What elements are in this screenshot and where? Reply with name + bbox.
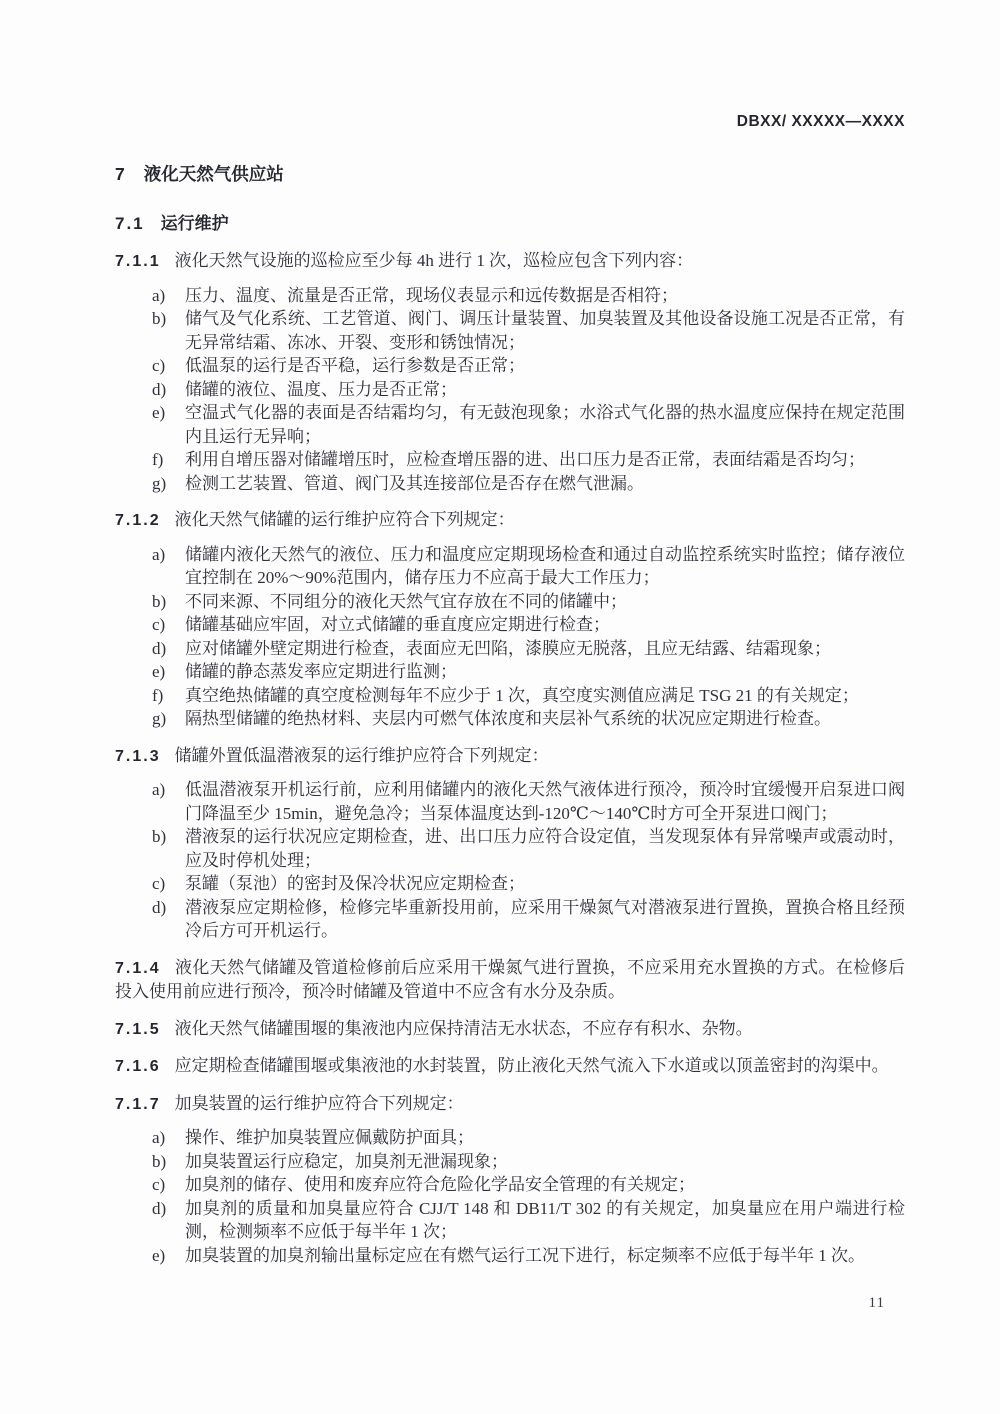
- item-label: d): [152, 1197, 185, 1221]
- list-item: d)潜液泵应定期检修，检修完毕重新投用前，应采用干燥氮气对潜液泵进行置换，置换合…: [152, 896, 905, 943]
- item-label: e): [152, 401, 185, 425]
- clause-text: 应定期检查储罐围堰或集液池的水封装置，防止液化天然气流入下水道或以顶盖密封的沟渠…: [175, 1056, 889, 1075]
- item-text: 空温式气化器的表面是否结霜均匀，有无鼓泡现象；水浴式气化器的热水温度应保持在规定…: [185, 401, 905, 448]
- item-text: 利用自增压器对储罐增压时，应检查增压器的进、出口压力是否正常，表面结霜是否均匀；: [185, 448, 905, 472]
- doc-code: DBXX/ XXXXX—XXXX: [115, 112, 905, 132]
- list-item: e)加臭装置的加臭剂输出量标定应在有燃气运行工况下进行，标定频率不应低于每半年 …: [152, 1244, 905, 1268]
- item-text: 加臭装置的加臭剂输出量标定应在有燃气运行工况下进行，标定频率不应低于每半年 1 …: [185, 1244, 905, 1268]
- list-item: f)真空绝热储罐的真空度检测每年不应少于 1 次，真空度实测值应满足 TSG 2…: [152, 684, 905, 708]
- list-item: b)不同来源、不同组分的液化天然气宜存放在不同的储罐中；: [152, 590, 905, 614]
- item-text: 泵罐（泵池）的密封及保冷状况应定期检查；: [185, 872, 905, 896]
- list-item: c)泵罐（泵池）的密封及保冷状况应定期检查；: [152, 872, 905, 896]
- document-page: DBXX/ XXXXX—XXXX 7液化天然气供应站 7.1运行维护 7.1.1…: [0, 0, 1000, 1414]
- clause-number: 7.1.3: [115, 748, 161, 765]
- item-text: 低温潜液泵开机运行前，应利用储罐内的液化天然气液体进行预冷，预冷时宜缓慢开启泵进…: [185, 778, 905, 825]
- item-label: d): [152, 378, 185, 402]
- clause-number: 7.1.5: [115, 1021, 161, 1038]
- list-item: g)隔热型储罐的绝热材料、夹层内可燃气体浓度和夹层补气系统的状况应定期进行检查。: [152, 707, 905, 731]
- list-item: c)加臭剂的储存、使用和废弃应符合危险化学品安全管理的有关规定；: [152, 1173, 905, 1197]
- section-heading: 7液化天然气供应站: [115, 162, 905, 186]
- item-label: a): [152, 543, 185, 567]
- item-text: 潜液泵的运行状况应定期检查，进、出口压力应符合设定值，当发现泵体有异常噪声或震动…: [185, 825, 905, 872]
- item-text: 隔热型储罐的绝热材料、夹层内可燃气体浓度和夹层补气系统的状况应定期进行检查。: [185, 707, 905, 731]
- item-label: g): [152, 707, 185, 731]
- item-text: 检测工艺装置、管道、阀门及其连接部位是否存在燃气泄漏。: [185, 472, 905, 496]
- clause-text: 储罐外置低温潜液泵的运行维护应符合下列规定：: [175, 746, 549, 765]
- clause-head: 7.1.5液化天然气储罐围堰的集液池内应保持清洁无水状态，不应存有积水、杂物。: [115, 1017, 905, 1042]
- list-item: f)利用自增压器对储罐增压时，应检查增压器的进、出口压力是否正常，表面结霜是否均…: [152, 448, 905, 472]
- list-item: d)应对储罐外壁定期进行检查，表面应无凹陷，漆膜应无脱落，且应无结露、结霜现象；: [152, 637, 905, 661]
- item-text: 加臭剂的质量和加臭量应符合 CJJ/T 148 和 DB11/T 302 的有关…: [185, 1197, 905, 1244]
- clause-head: 7.1.2液化天然气储罐的运行维护应符合下列规定：: [115, 508, 905, 533]
- clause-7-1-1: 7.1.1液化天然气设施的巡检应至少每 4h 进行 1 次，巡检应包含下列内容：…: [115, 249, 905, 495]
- item-text: 储罐基础应牢固，对立式储罐的垂直度应定期进行检查；: [185, 613, 905, 637]
- section-title: 液化天然气供应站: [144, 164, 284, 184]
- list-item: a)操作、维护加臭装置应佩戴防护面具；: [152, 1126, 905, 1150]
- clause-text: 加臭装置的运行维护应符合下列规定：: [175, 1094, 464, 1113]
- list-item: c)储罐基础应牢固，对立式储罐的垂直度应定期进行检查；: [152, 613, 905, 637]
- subsection-heading: 7.1运行维护: [115, 212, 905, 236]
- clause-number: 7.1.4: [115, 960, 161, 977]
- page-content: DBXX/ XXXXX—XXXX 7液化天然气供应站 7.1运行维护 7.1.1…: [115, 112, 905, 1267]
- list-item: a)储罐内液化天然气的液位、压力和温度应定期现场检查和通过自动监控系统实时监控；…: [152, 543, 905, 590]
- list-item: a)低温潜液泵开机运行前，应利用储罐内的液化天然气液体进行预冷，预冷时宜缓慢开启…: [152, 778, 905, 825]
- item-label: a): [152, 778, 185, 802]
- item-text: 加臭剂的储存、使用和废弃应符合危险化学品安全管理的有关规定；: [185, 1173, 905, 1197]
- item-text: 储罐的液位、温度、压力是否正常；: [185, 378, 905, 402]
- list-item: d)储罐的液位、温度、压力是否正常；: [152, 378, 905, 402]
- subsection-number: 7.1: [115, 214, 145, 233]
- clause-number: 7.1.6: [115, 1058, 161, 1075]
- clause-item-list: a)储罐内液化天然气的液位、压力和温度应定期现场检查和通过自动监控系统实时监控；…: [115, 543, 905, 731]
- item-text: 低温泵的运行是否平稳，运行参数是否正常；: [185, 354, 905, 378]
- item-label: f): [152, 448, 185, 472]
- clause-7-1-6: 7.1.6应定期检查储罐围堰或集液池的水封装置，防止液化天然气流入下水道或以顶盖…: [115, 1054, 905, 1079]
- clause-number: 7.1.1: [115, 253, 161, 270]
- item-label: d): [152, 896, 185, 920]
- item-label: c): [152, 354, 185, 378]
- list-item: b)潜液泵的运行状况应定期检查，进、出口压力应符合设定值，当发现泵体有异常噪声或…: [152, 825, 905, 872]
- clause-7-1-7: 7.1.7加臭装置的运行维护应符合下列规定： a)操作、维护加臭装置应佩戴防护面…: [115, 1092, 905, 1268]
- clause-7-1-5: 7.1.5液化天然气储罐围堰的集液池内应保持清洁无水状态，不应存有积水、杂物。: [115, 1017, 905, 1042]
- item-label: e): [152, 660, 185, 684]
- clause-head: 7.1.1液化天然气设施的巡检应至少每 4h 进行 1 次，巡检应包含下列内容：: [115, 249, 905, 274]
- item-label: b): [152, 825, 185, 849]
- section-number: 7: [115, 164, 126, 184]
- clause-text: 液化天然气储罐的运行维护应符合下列规定：: [175, 510, 515, 529]
- item-label: b): [152, 590, 185, 614]
- clause-item-list: a)操作、维护加臭装置应佩戴防护面具； b)加臭装置运行应稳定，加臭剂无泄漏现象…: [115, 1126, 905, 1267]
- list-item: b)储气及气化系统、工艺管道、阀门、调压计量装置、加臭装置及其他设备设施工况是否…: [152, 307, 905, 354]
- item-text: 储罐内液化天然气的液位、压力和温度应定期现场检查和通过自动监控系统实时监控；储存…: [185, 543, 905, 590]
- item-text: 潜液泵应定期检修，检修完毕重新投用前，应采用干燥氮气对潜液泵进行置换，置换合格且…: [185, 896, 905, 943]
- list-item: d)加臭剂的质量和加臭量应符合 CJJ/T 148 和 DB11/T 302 的…: [152, 1197, 905, 1244]
- clause-head: 7.1.7加臭装置的运行维护应符合下列规定：: [115, 1092, 905, 1117]
- item-text: 真空绝热储罐的真空度检测每年不应少于 1 次，真空度实测值应满足 TSG 21 …: [185, 684, 905, 708]
- item-label: c): [152, 1173, 185, 1197]
- list-item: e)空温式气化器的表面是否结霜均匀，有无鼓泡现象；水浴式气化器的热水温度应保持在…: [152, 401, 905, 448]
- subsection-title: 运行维护: [161, 214, 229, 233]
- item-label: b): [152, 307, 185, 331]
- list-item: a)压力、温度、流量是否正常，现场仪表显示和远传数据是否相符；: [152, 284, 905, 308]
- clause-7-1-2: 7.1.2液化天然气储罐的运行维护应符合下列规定： a)储罐内液化天然气的液位、…: [115, 508, 905, 731]
- item-label: a): [152, 1126, 185, 1150]
- clause-7-1-4: 7.1.4液化天然气储罐及管道检修前后应采用干燥氮气进行置换，不应采用充水置换的…: [115, 956, 905, 1004]
- clause-number: 7.1.7: [115, 1096, 161, 1113]
- clause-text: 液化天然气储罐围堰的集液池内应保持清洁无水状态，不应存有积水、杂物。: [175, 1019, 753, 1038]
- item-text: 加臭装置运行应稳定，加臭剂无泄漏现象；: [185, 1150, 905, 1174]
- list-item: g)检测工艺装置、管道、阀门及其连接部位是否存在燃气泄漏。: [152, 472, 905, 496]
- list-item: c)低温泵的运行是否平稳，运行参数是否正常；: [152, 354, 905, 378]
- item-text: 储罐的静态蒸发率应定期进行监测；: [185, 660, 905, 684]
- list-item: e)储罐的静态蒸发率应定期进行监测；: [152, 660, 905, 684]
- clause-head: 7.1.6应定期检查储罐围堰或集液池的水封装置，防止液化天然气流入下水道或以顶盖…: [115, 1054, 905, 1079]
- item-label: c): [152, 872, 185, 896]
- clause-item-list: a)低温潜液泵开机运行前，应利用储罐内的液化天然气液体进行预冷，预冷时宜缓慢开启…: [115, 778, 905, 943]
- item-label: d): [152, 637, 185, 661]
- clause-text: 液化天然气储罐及管道检修前后应采用干燥氮气进行置换，不应采用充水置换的方式。在检…: [115, 958, 905, 1002]
- item-text: 压力、温度、流量是否正常，现场仪表显示和远传数据是否相符；: [185, 284, 905, 308]
- item-label: c): [152, 613, 185, 637]
- clause-item-list: a)压力、温度、流量是否正常，现场仪表显示和远传数据是否相符； b)储气及气化系…: [115, 284, 905, 496]
- item-label: g): [152, 472, 185, 496]
- item-label: e): [152, 1244, 185, 1268]
- item-label: b): [152, 1150, 185, 1174]
- clause-head: 7.1.3储罐外置低温潜液泵的运行维护应符合下列规定：: [115, 744, 905, 769]
- item-text: 操作、维护加臭装置应佩戴防护面具；: [185, 1126, 905, 1150]
- clause-head: 7.1.4液化天然气储罐及管道检修前后应采用干燥氮气进行置换，不应采用充水置换的…: [115, 956, 905, 1004]
- item-text: 不同来源、不同组分的液化天然气宜存放在不同的储罐中；: [185, 590, 905, 614]
- item-text: 储气及气化系统、工艺管道、阀门、调压计量装置、加臭装置及其他设备设施工况是否正常…: [185, 307, 905, 354]
- clause-number: 7.1.2: [115, 512, 161, 529]
- item-text: 应对储罐外壁定期进行检查，表面应无凹陷，漆膜应无脱落，且应无结露、结霜现象；: [185, 637, 905, 661]
- item-label: a): [152, 284, 185, 308]
- clause-text: 液化天然气设施的巡检应至少每 4h 进行 1 次，巡检应包含下列内容：: [175, 251, 694, 270]
- page-number: 11: [869, 1295, 885, 1312]
- item-label: f): [152, 684, 185, 708]
- clause-7-1-3: 7.1.3储罐外置低温潜液泵的运行维护应符合下列规定： a)低温潜液泵开机运行前…: [115, 744, 905, 943]
- list-item: b)加臭装置运行应稳定，加臭剂无泄漏现象；: [152, 1150, 905, 1174]
